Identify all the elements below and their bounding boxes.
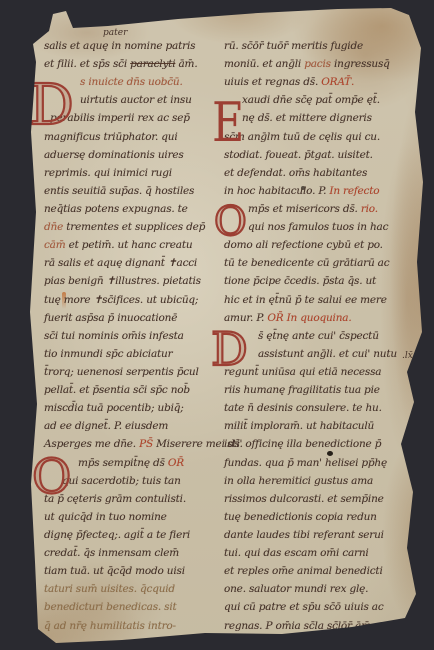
text-run: taturi sum̄ uisites. q̄cquid [44, 583, 175, 595]
text-run: xaudi dn̄e sc̄ę pat̄ omp̄e ęt̄. [242, 94, 380, 106]
text-run: trementes et supplices dep̄ [66, 221, 205, 233]
manuscript-line: fuerit asp̄sa p̄ inuocationē [44, 312, 220, 330]
manuscript-line: sc̄m anḡlm tuū de cęlis qui cu. [224, 131, 416, 149]
manuscript-line: stodiat. foueat. p̄tgat. uisitet. [224, 149, 416, 167]
text-run: fuerit asp̄sa p̄ inuocationē [44, 312, 177, 324]
manuscript-line: mp̄s et misericors ds̄. rio. [224, 203, 416, 221]
text-run: OR̄ [168, 457, 184, 469]
text-run: rio. [361, 203, 378, 215]
text-run: mp̄s sempit̄nę ds̄ [78, 457, 168, 469]
text-run: et reples om̄e animal benedicti [224, 565, 383, 577]
manuscript-line: moniū. et anḡli pacis ingressusq̄ [224, 58, 416, 76]
text-run: tū te benedicente cū grātiarū ac [224, 257, 389, 269]
initial-d-left: D [29, 78, 74, 134]
text-run: qui cū patre et sp̄u sc̄ō uiuis ac [224, 601, 384, 613]
manuscript-line: benedicturi benedicas. sit [44, 601, 220, 619]
text-run: et defendat. om̄s habitantes [224, 167, 367, 179]
manuscript-line: dignę p̄fecteq;. agit̄ a te fieri [44, 529, 220, 547]
manuscript-line: regunt̄ uniūsa qui etiā necessa [224, 366, 416, 384]
manuscript-line: in olla heremitici gustus ama [224, 475, 416, 493]
text-run: rū. sc̄ōr̄ tuōr̄ meritis fugide [224, 40, 363, 52]
text-run: ut quicq̄d in tuo nomine [44, 511, 167, 523]
text-run: stodiat. foueat. p̄tgat. uisitet. [224, 149, 373, 161]
manuscript-line: taturi sum̄ uisites. q̄cquid [44, 583, 220, 601]
manuscript-line: s̄ ęt̄nę ante cui' c̄spectū [224, 330, 416, 348]
text-run: moniū. et anḡli [224, 58, 304, 70]
text-run: regnas. P om̄ia sc̄la sc̄lōr̄ ām̄. [224, 620, 374, 632]
manuscript-line: et defendat. om̄s habitantes [224, 167, 416, 185]
text-run: ad ee dignet̄. P. eiusdem [44, 420, 168, 432]
manuscript-line: tate n̄ desinis consulere. te hu. [224, 402, 416, 420]
text-run: t̄rorq; uenenosi serpentis p̄cul [44, 366, 199, 378]
text-column-right: rū. sc̄ōr̄ tuōr̄ meritis fugidemoniū. et… [224, 40, 416, 638]
manuscript-line: ut quicq̄d in tuo nomine [44, 511, 220, 529]
manuscript-line: reprimis. qui inimici rugi [44, 167, 220, 185]
text-run: pacis [304, 58, 334, 70]
manuscript-line: tui. qui das escam om̄i carni [224, 547, 416, 565]
manuscript-line: tione p̄cipe c̄cedis. p̄sta q̄s. ut [224, 275, 416, 293]
text-run: domo ali refectione cybū et po. [224, 239, 383, 251]
text-run: dante laudes tibi referant serui [224, 529, 384, 541]
text-run: miscd̄ia tuā pocentib; ubiq̄; [44, 402, 184, 414]
manuscript-line: q̄ ad nr̄ę humilitatis intro- [44, 620, 220, 638]
text-run: fundas. qua p̄ man' helisei pp̄hę [224, 457, 387, 469]
manuscript-line: tuę more ✝sc̄ifices. ut ubicūq; [44, 294, 220, 312]
text-run: in hoc habitaculo. P. [224, 185, 329, 197]
parchment-leaf: pater A .lx̄ salis et aquę in nomine pat… [0, 0, 434, 650]
text-run: PS̄ [139, 438, 156, 450]
text-run: milit̄ imploram̄. ut habitaculū [224, 420, 374, 432]
text-run: tui. qui das escam om̄i carni [224, 547, 369, 559]
manuscript-line: t̄rorq; uenenosi serpentis p̄cul [44, 366, 220, 384]
text-run: qui sacerdotib; tuis tan [62, 475, 181, 487]
manuscript-line: rā salis et aquę dignant̄ ✝acci [44, 257, 220, 275]
text-run: sc̄i tui nominis om̄is infesta [44, 330, 184, 342]
text-run: tione p̄cipe c̄cedis. p̄sta q̄s. ut [224, 275, 376, 287]
text-run: et petim̄. ut hanc creatu [69, 239, 193, 251]
manuscript-line: milit̄ imploram̄. ut habitaculū [224, 420, 416, 438]
text-run: rā salis et aquę dignant̄ ✝acci [44, 257, 197, 269]
manuscript-line: cām̄ et petim̄. ut hanc creatu [44, 239, 220, 257]
text-run: aduersę dominationis uires [44, 149, 184, 161]
text-run: pellat̄. et p̄sentia sc̄i sp̄c nob̄ [44, 384, 190, 396]
text-run: In quoquina. [287, 312, 352, 324]
manuscript-line: domo ali refectione cybū et po. [224, 239, 416, 257]
text-run: in olla heremitici gustus ama [224, 475, 373, 487]
text-run: OR̄ [267, 312, 286, 324]
text-run: tate n̄ desinis consulere. te hu. [224, 402, 382, 414]
text-run: isti' officinę illa benedictione p̄ [224, 438, 381, 450]
text-run: hic et in ęt̄nū p̄ te salui ee mere [224, 294, 387, 306]
text-run: credat̄. q̄s inmensam clem̄ [44, 547, 179, 559]
manuscript-line: salis et aquę in nomine patris [44, 40, 220, 58]
manuscript-line: dante laudes tibi referant serui [224, 529, 416, 547]
manuscript-line: one. saluator mundi rex glę. [224, 583, 416, 601]
text-run: rissimos dulcorasti. et semp̄ine [224, 493, 384, 505]
text-run: salis et aquę in nomine patris [44, 40, 195, 52]
text-run: pias benign̄ ✝illustres. pietatis [44, 275, 201, 287]
text-run: paraclyti [130, 58, 175, 70]
manuscript-line: xaudi dn̄e sc̄ę pat̄ omp̄e ęt̄. [224, 94, 416, 112]
text-run: s̄ ęt̄nę ante cui' c̄spectū [258, 330, 379, 342]
manuscript-line: entis seuitiā sup̄as. q̄ hostiles [44, 185, 220, 203]
manuscript-line: rissimos dulcorasti. et semp̄ine [224, 493, 416, 511]
margin-red-letter: A [13, 444, 22, 458]
text-run: In refecto [329, 185, 379, 197]
text-run: sc̄m anḡlm tuū de cęlis qui cu. [224, 131, 380, 143]
text-run: entis seuitiā sup̄as. q̄ hostiles [44, 185, 194, 197]
initial-e-right: E [212, 96, 244, 150]
text-run: uiuis et regnas ds̄. [224, 76, 321, 88]
manuscript-line: ad ee dignet̄. P. eiusdem [44, 420, 220, 438]
text-run: qui nos famulos tuos in hac [248, 221, 388, 233]
text-run: ingressusq̄ [334, 58, 390, 70]
text-run: tiam tuā. ut q̄cq̄d modo uisi [44, 565, 185, 577]
manuscript-line: miscd̄ia tuā pocentib; ubiq̄; [44, 402, 220, 420]
text-run: ām̄. [175, 58, 197, 70]
text-run: mp̄s et misericors ds̄. [248, 203, 361, 215]
manuscript-line: riis humanę fragilitatis tua pie [224, 384, 416, 402]
manuscript-line: amur. P. OR̄ In quoquina. [224, 312, 416, 330]
manuscript-line: qui nos famulos tuos in hac [224, 221, 416, 239]
text-run: benedicturi benedicas. sit [44, 601, 177, 613]
text-run: reprimis. qui inimici rugi [44, 167, 172, 179]
manuscript-line: uiuis et regnas ds̄. ORAT̄. [224, 76, 416, 94]
manuscript-line: qui cū patre et sp̄u sc̄ō uiuis ac [224, 601, 416, 619]
text-run: assistunt anḡli. et cui' nutu [258, 348, 397, 360]
text-run: cām̄ [44, 239, 69, 251]
text-run: one. saluator mundi rex glę. [224, 583, 368, 595]
text-run: q̄ ad nr̄ę humilitatis intro- [44, 620, 176, 632]
text-run: nę ds̄. et mittere digneris [242, 112, 372, 124]
text-run: uirtutis auctor et insu [80, 94, 192, 106]
manuscript-line: hic et in ęt̄nū p̄ te salui ee mere [224, 294, 416, 312]
text-run: tuę more ✝sc̄ifices. ut ubicūq; [44, 294, 198, 306]
text-run: neq̄tias potens expugnas. te [44, 203, 188, 215]
manuscript-line: pias benign̄ ✝illustres. pietatis [44, 275, 220, 293]
manuscript-line: rū. sc̄ōr̄ tuōr̄ meritis fugide [224, 40, 416, 58]
initial-o-left: O [32, 453, 71, 501]
manuscript-line: aduersę dominationis uires [44, 149, 220, 167]
manuscript-line: tiam tuā. ut q̄cq̄d modo uisi [44, 565, 220, 583]
text-run: et filii. et sp̄s sc̄i [44, 58, 130, 70]
initial-o-right: O [214, 202, 247, 242]
text-run: tuę benedictionis copia redun [224, 511, 377, 523]
manuscript-line: tū te benedicente cū grātiarū ac [224, 257, 416, 275]
text-run: s inuicte dn̄s uobc̄ū. [80, 76, 183, 88]
manuscript-line: assistunt anḡli. et cui' nutu [224, 348, 416, 366]
manuscript-line: pellat̄. et p̄sentia sc̄i sp̄c nob̄ [44, 384, 220, 402]
text-run: dignę p̄fecteq;. agit̄ a te fieri [44, 529, 190, 541]
manuscript-line: tio inmundi sp̄c abiciatur [44, 348, 220, 366]
manuscript-line: dn̄e trementes et supplices dep̄ [44, 221, 220, 239]
text-run: tio inmundi sp̄c abiciatur [44, 348, 172, 360]
manuscript-line: et reples om̄e animal benedicti [224, 565, 416, 583]
text-run: ORAT̄. [321, 76, 354, 88]
manuscript-line: sc̄i tui nominis om̄is infesta [44, 330, 220, 348]
initial-d-right: D [211, 326, 248, 372]
manuscript-line: isti' officinę illa benedictione p̄ [224, 438, 416, 456]
manuscript-line: neq̄tias potens expugnas. te [44, 203, 220, 221]
manuscript-line: regnas. P om̄ia sc̄la sc̄lōr̄ ām̄. [224, 620, 416, 638]
manuscript-photo: pater A .lx̄ salis et aquę in nomine pat… [0, 0, 434, 650]
text-run: riis humanę fragilitatis tua pie [224, 384, 380, 396]
manuscript-line: in hoc habitaculo. P. In refecto [224, 185, 416, 203]
manuscript-line: nę ds̄. et mittere digneris [224, 112, 416, 130]
manuscript-line: fundas. qua p̄ man' helisei pp̄hę [224, 457, 416, 475]
manuscript-line: tuę benedictionis copia redun [224, 511, 416, 529]
interlinear-gloss: pater [103, 28, 127, 38]
manuscript-line: credat̄. q̄s inmensam clem̄ [44, 547, 220, 565]
text-run: dn̄e [44, 221, 66, 233]
